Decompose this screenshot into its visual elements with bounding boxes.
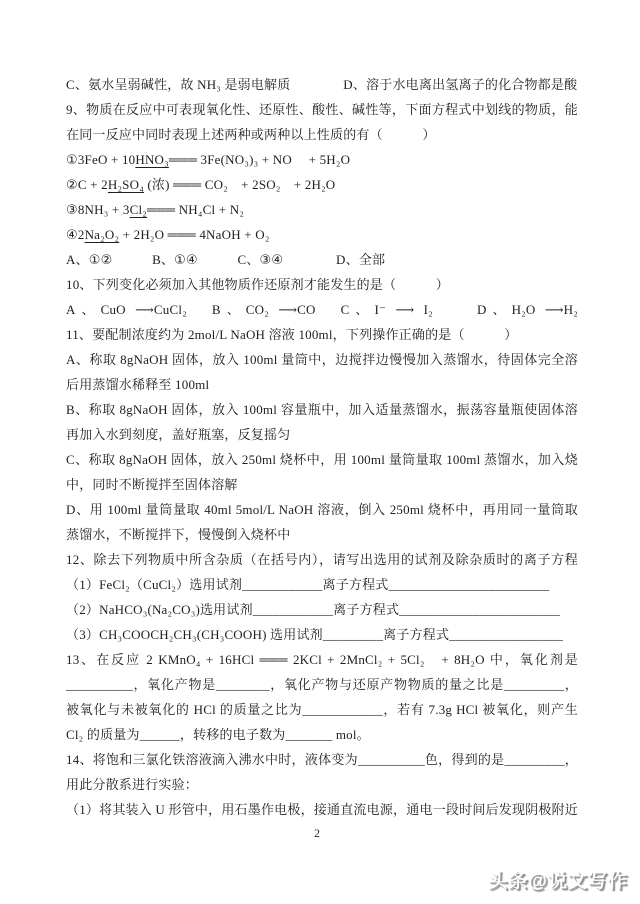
text-line: 14、将饱和三氯化铁溶液滴入沸水中时，液体变为__________色，得到的是_… (66, 747, 578, 772)
text-line: 中，同时不断搅拌至固体溶解 (66, 472, 578, 497)
text-line: 再加入水到刻度，盖好瓶塞，反复摇匀 (66, 422, 578, 447)
text-line: A、①② B、①④ C、③④ D、全部 (66, 247, 578, 272)
text-line: ③8NH₃ + 3Cl₂═══ NH₄Cl + N₂ (66, 197, 578, 222)
text-line: 10、下列变化必须加入其他物质作还原剂才能发生的是（ ） (66, 272, 578, 297)
text-segment: （2）NaHCO₃(Na₂CO₃)选用试剂____________离子方程式__… (66, 602, 560, 617)
exam-page: C、氨水呈弱碱性，故 NH₃ 是弱电解质 D、溶于水电离出氢离子的化合物都是酸9… (0, 0, 640, 904)
text-segment: A、①② B、①④ C、③④ D、全部 (66, 252, 385, 267)
text-segment: 9、物质在反应中可表现氧化性、还原性、酸性、碱性等，下面方程式中划线的物质，能 (66, 102, 578, 117)
text-segment: ═══ NH₄Cl + N₂ (147, 202, 244, 217)
text-segment: + 2H₂O ═══ 4NaOH + O₂ (119, 227, 269, 242)
text-segment: （1）FeCl₂（CuCl₂）选用试剂____________离子方程式____… (66, 577, 549, 592)
text-line: 用此分散系进行实验： (66, 772, 578, 797)
text-line: 被氧化与未被氧化的 HCl 的质量之比为____________，若有 7.3g… (66, 697, 578, 722)
text-segment: ═══ 3Fe(NO₃)₃ + NO + 5H₂O (169, 152, 350, 167)
underlined-formula: Na₂O₂ (85, 227, 120, 242)
text-line: 13、在反应 2 KMnO₄ + 16HCl ═══ 2KCl + 2MnCl₂… (66, 647, 578, 672)
text-line: __________，氧化产物是________，氧化产物与还原产物物质的量之比… (66, 672, 578, 697)
text-segment: Cl₂ 的质量为______，转移的电子数为_______ mol。 (66, 727, 370, 742)
page-number: 2 (0, 826, 634, 841)
text-line: （3）CH₃COOCH₂CH₃(CH₃COOH) 选用试剂_________离子… (66, 622, 578, 647)
text-segment: 被氧化与未被氧化的 HCl 的质量之比为____________，若有 7.3g… (66, 702, 578, 717)
text-line: D、用 100ml 量筒量取 40ml 5mol/L NaOH 溶液，倒入 25… (66, 497, 578, 522)
text-segment: D、用 100ml 量筒量取 40ml 5mol/L NaOH 溶液，倒入 25… (66, 502, 578, 522)
text-segment: 在同一反应中同时表现上述两种或两种以上性质的有（ ） (66, 127, 436, 142)
text-line: 在同一反应中同时表现上述两种或两种以上性质的有（ ） (66, 122, 578, 147)
text-segment: 13、在反应 2 KMnO₄ + 16HCl ═══ 2KCl + 2MnCl₂… (66, 652, 578, 667)
text-segment: 再加入水到刻度，盖好瓶塞，反复摇匀 (66, 427, 290, 442)
text-line: （1）FeCl₂（CuCl₂）选用试剂____________离子方程式____… (66, 572, 578, 597)
text-segment: ④2 (66, 227, 85, 242)
text-segment: （3）CH₃COOCH₂CH₃(CH₃COOH) 选用试剂_________离子… (66, 627, 563, 642)
text-line: A、称取 8gNaOH 固体，放入 100ml 量筒中，边搅拌边慢慢加入蒸馏水，… (66, 347, 578, 372)
text-segment: __________，氧化产物是________，氧化产物与还原产物物质的量之比… (66, 677, 578, 692)
text-line: 后用蒸馏水稀释至 100ml (66, 372, 578, 397)
text-segment: 中，同时不断搅拌至固体溶解 (66, 477, 238, 492)
underlined-formula: Cl₂ (130, 202, 147, 217)
text-segment: C、称取 8gNaOH 固体，放入 250ml 烧杯中，用 100ml 量筒量取… (66, 452, 578, 472)
text-segment: 用此分散系进行实验： (66, 777, 198, 792)
text-segment: ②C + 2 (66, 177, 108, 192)
text-segment: （1）将其装入 U 形管中，用石墨作电极，接通直流电源，通电一段时间后发现阴极附… (66, 802, 578, 817)
watermark: 头条@说文写作 (488, 866, 628, 893)
text-segment: C、氨水呈弱碱性，故 NH₃ 是弱电解质 D、溶于水电离出氢离子的化合物都是酸 (66, 77, 577, 92)
text-line: （1）将其装入 U 形管中，用石墨作电极，接通直流电源，通电一段时间后发现阴极附… (66, 797, 578, 822)
text-line: C、称取 8gNaOH 固体，放入 250ml 烧杯中，用 100ml 量筒量取… (66, 447, 578, 472)
underlined-formula: H₂SO₄ (108, 177, 144, 192)
text-line: 12、除去下列物质中所含杂质（在括号内），请写出选用的试剂及除杂质时的离子方程式… (66, 547, 578, 572)
document-body: C、氨水呈弱碱性，故 NH₃ 是弱电解质 D、溶于水电离出氢离子的化合物都是酸9… (66, 72, 578, 822)
text-line: 蒸馏水，不断搅拌下，慢慢倒入烧杯中 (66, 522, 578, 547)
text-line: C、氨水呈弱碱性，故 NH₃ 是弱电解质 D、溶于水电离出氢离子的化合物都是酸 (66, 72, 578, 97)
text-segment: B、称取 8gNaOH 固体，放入 100ml 容量瓶中，加入适量蒸馏水，振荡容… (66, 402, 578, 422)
text-line: Cl₂ 的质量为______，转移的电子数为_______ mol。 (66, 722, 578, 747)
text-segment: A、称取 8gNaOH 固体，放入 100ml 量筒中，边搅拌边慢慢加入蒸馏水，… (66, 352, 578, 372)
text-segment: ①3FeO + 10 (66, 152, 135, 167)
text-line: ④2Na₂O₂ + 2H₂O ═══ 4NaOH + O₂ (66, 222, 578, 247)
text-line: （2）NaHCO₃(Na₂CO₃)选用试剂____________离子方程式__… (66, 597, 578, 622)
text-segment: 12、除去下列物质中所含杂质（在括号内），请写出选用的试剂及除杂质时的离子方程式… (66, 552, 578, 572)
text-line: ②C + 2H₂SO₄ (浓) ═══ CO₂ + 2SO₂ + 2H₂O (66, 172, 578, 197)
text-segment: ③8NH₃ + 3 (66, 202, 130, 217)
text-segment: A、CuO ⟶CuCl₂ B、CO₂ ⟶CO C、I⁻ ⟶ I₂ D、H₂O ⟶… (66, 302, 578, 317)
text-line: A、CuO ⟶CuCl₂ B、CO₂ ⟶CO C、I⁻ ⟶ I₂ D、H₂O ⟶… (66, 297, 578, 322)
text-line: 9、物质在反应中可表现氧化性、还原性、酸性、碱性等，下面方程式中划线的物质，能 (66, 97, 578, 122)
text-segment: 后用蒸馏水稀释至 100ml (66, 377, 209, 392)
text-segment: 11、要配制浓度约为 2mol/L NaOH 溶液 100ml，下列操作正确的是… (66, 327, 517, 342)
text-segment: (浓) ═══ CO₂ + 2SO₂ + 2H₂O (144, 177, 335, 192)
underlined-formula: HNO₃ (135, 152, 169, 167)
text-segment: 14、将饱和三氯化铁溶液滴入沸水中时，液体变为__________色，得到的是_… (66, 752, 578, 767)
text-segment: 10、下列变化必须加入其他物质作还原剂才能发生的是（ ） (66, 277, 449, 292)
text-line: ①3FeO + 10HNO₃═══ 3Fe(NO₃)₃ + NO + 5H₂O (66, 147, 578, 172)
text-line: B、称取 8gNaOH 固体，放入 100ml 容量瓶中，加入适量蒸馏水，振荡容… (66, 397, 578, 422)
text-line: 11、要配制浓度约为 2mol/L NaOH 溶液 100ml，下列操作正确的是… (66, 322, 578, 347)
text-segment: 蒸馏水，不断搅拌下，慢慢倒入烧杯中 (66, 527, 290, 542)
